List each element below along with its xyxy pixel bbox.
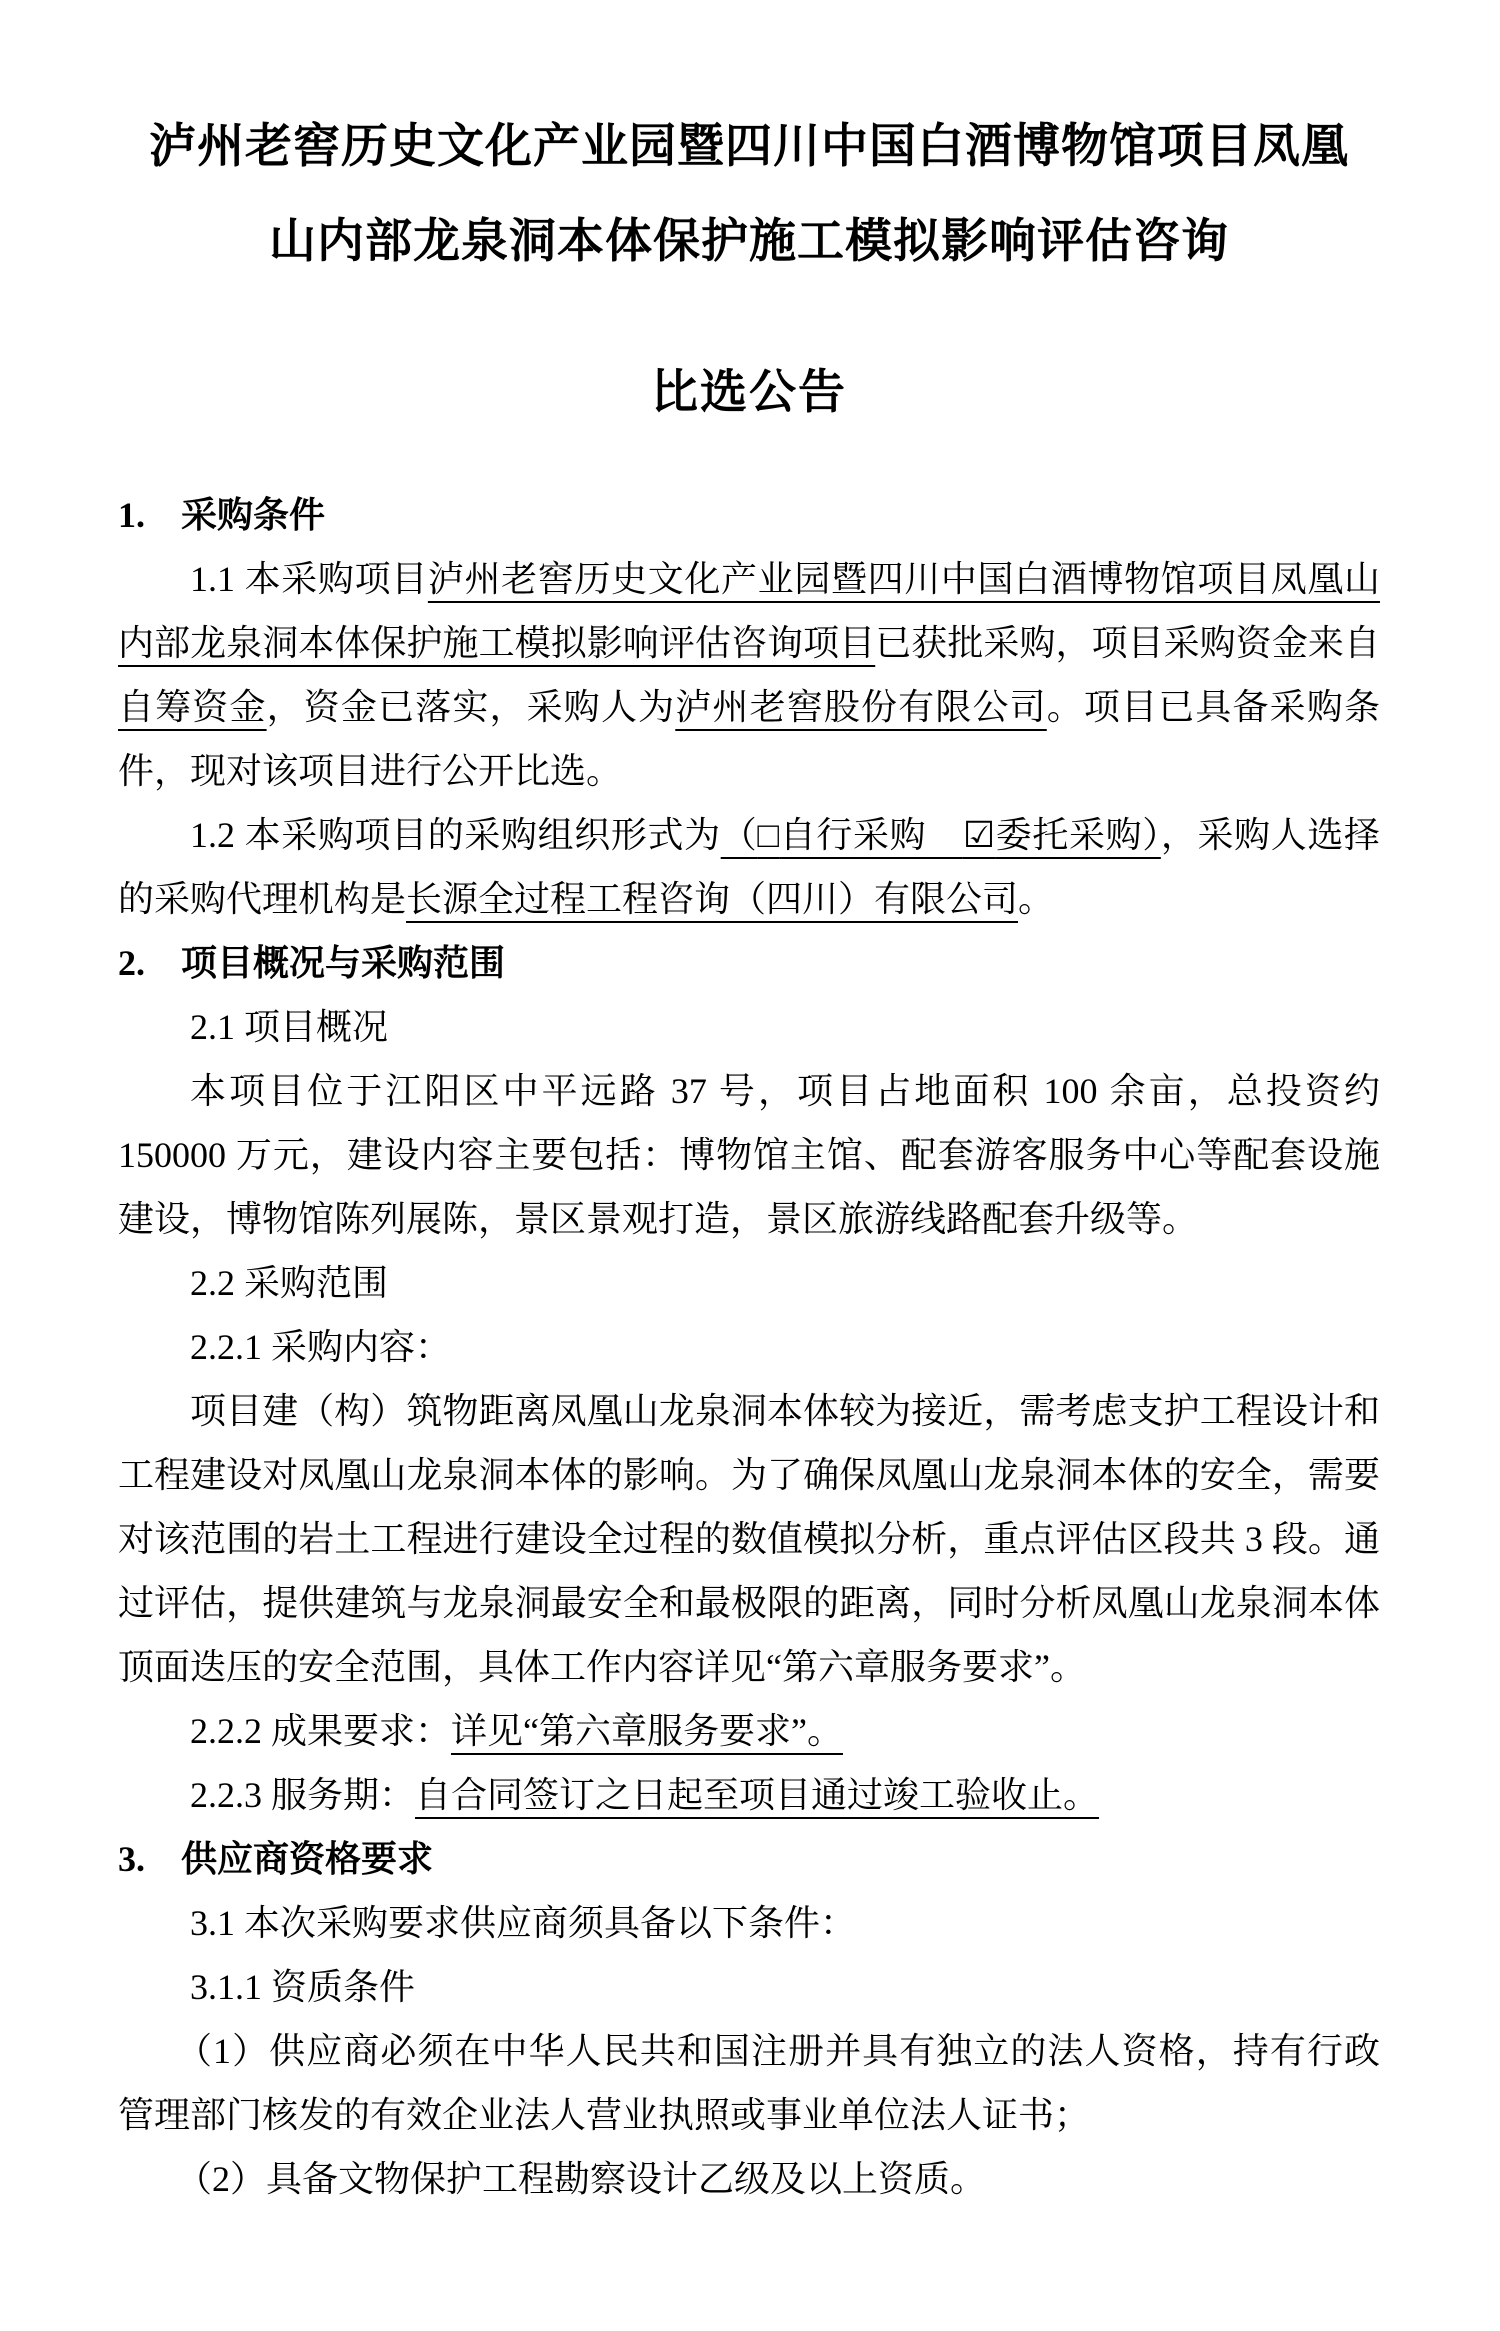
announcement-type-heading: 比选公告	[118, 346, 1380, 441]
section-3-heading: 3. 供应商资格要求	[118, 1827, 1380, 1891]
clause-1-2-period: 。	[1018, 879, 1054, 919]
clause-3-1-1-heading: 3.1.1 资质条件	[118, 1955, 1380, 2019]
qualification-item-1-paragraph: （1）供应商必须在中华人民共和国注册并具有独立的法人资格，持有行政管理部门核发的…	[118, 2019, 1380, 2147]
section-1-heading: 1. 采购条件	[118, 483, 1380, 547]
clause-2-2-3-paragraph: 2.2.3 服务期：自合同签订之日起至项目通过竣工验收止。	[118, 1763, 1380, 1827]
subsection-2-2-1-heading: 2.2.1 采购内容：	[118, 1315, 1380, 1379]
clause-2-2-3-prefix: 2.2.3 服务期：	[190, 1775, 415, 1815]
document-page: 泸州老窖历史文化产业园暨四川中国白酒博物馆项目凤凰山内部龙泉洞本体保护施工模拟影…	[0, 0, 1500, 2331]
procurement-form-open-paren: （	[721, 815, 758, 855]
clause-2-2-2-prefix: 2.2.2 成果要求：	[190, 1711, 451, 1751]
funding-source-underline: 自筹资金	[118, 687, 267, 727]
project-overview-paragraph: 本项目位于江阳区中平远路 37 号，项目占地面积 100 余亩，总投资约 150…	[118, 1059, 1380, 1251]
clause-1-1-prefix: 1.1 本采购项目	[190, 559, 428, 599]
deliverables-reference-underline: 详见“第六章服务要求”。	[451, 1711, 843, 1751]
subsection-2-1-heading: 2.1 项目概况	[118, 995, 1380, 1059]
clause-1-2-prefix: 1.2 本采购项目的采购组织形式为	[190, 815, 721, 855]
document-title-line1: 泸州老窖历史文化产业园暨四川中国白酒博物馆项目凤凰	[118, 100, 1380, 195]
entrusted-procurement-option-label: 委托采购）	[995, 815, 1161, 855]
document-header: 泸州老窖历史文化产业园暨四川中国白酒博物馆项目凤凰山内部龙泉洞本体保护施工模拟影…	[118, 100, 1380, 441]
document-body: 1. 采购条件 1.1 本采购项目泸州老窖历史文化产业园暨四川中国白酒博物馆项目…	[118, 483, 1380, 2211]
purchaser-name-underline: 泸州老窖股份有限公司	[675, 687, 1047, 727]
agency-name-underline: 长源全过程工程咨询（四川）有限公司	[406, 879, 1018, 919]
subsection-2-2-heading: 2.2 采购范围	[118, 1251, 1380, 1315]
document-title-line2: 山内部龙泉洞本体保护施工模拟影响评估咨询	[118, 195, 1380, 290]
section-2-heading: 2. 项目概况与采购范围	[118, 931, 1380, 995]
procurement-content-paragraph: 项目建（构）筑物距离凤凰山龙泉洞本体较为接近，需考虑支护工程设计和工程建设对凤凰…	[118, 1379, 1380, 1699]
qualification-item-2-paragraph: （2）具备文物保护工程勘察设计乙级及以上资质。	[118, 2147, 1380, 2211]
clause-1-1-text-a: 已获批采购，项目采购资金来自	[875, 623, 1380, 663]
clause-1-1-paragraph: 1.1 本采购项目泸州老窖历史文化产业园暨四川中国白酒博物馆项目凤凰山内部龙泉洞…	[118, 547, 1380, 803]
unchecked-checkbox-icon: □	[757, 815, 779, 855]
clause-2-2-2-paragraph: 2.2.2 成果要求：详见“第六章服务要求”。	[118, 1699, 1380, 1763]
self-procurement-option-label: 自行采购	[780, 815, 963, 855]
checked-checkbox-icon: ☑	[963, 815, 995, 855]
clause-1-1-text-b: ，资金已落实，采购人为	[267, 687, 676, 727]
service-period-underline: 自合同签订之日起至项目通过竣工验收止。	[415, 1775, 1099, 1815]
clause-3-1-paragraph: 3.1 本次采购要求供应商须具备以下条件：	[118, 1891, 1380, 1955]
document-title: 泸州老窖历史文化产业园暨四川中国白酒博物馆项目凤凰山内部龙泉洞本体保护施工模拟影…	[118, 100, 1380, 290]
clause-1-2-paragraph: 1.2 本采购项目的采购组织形式为（□自行采购 ☑委托采购），采购人选择的采购代…	[118, 803, 1380, 931]
